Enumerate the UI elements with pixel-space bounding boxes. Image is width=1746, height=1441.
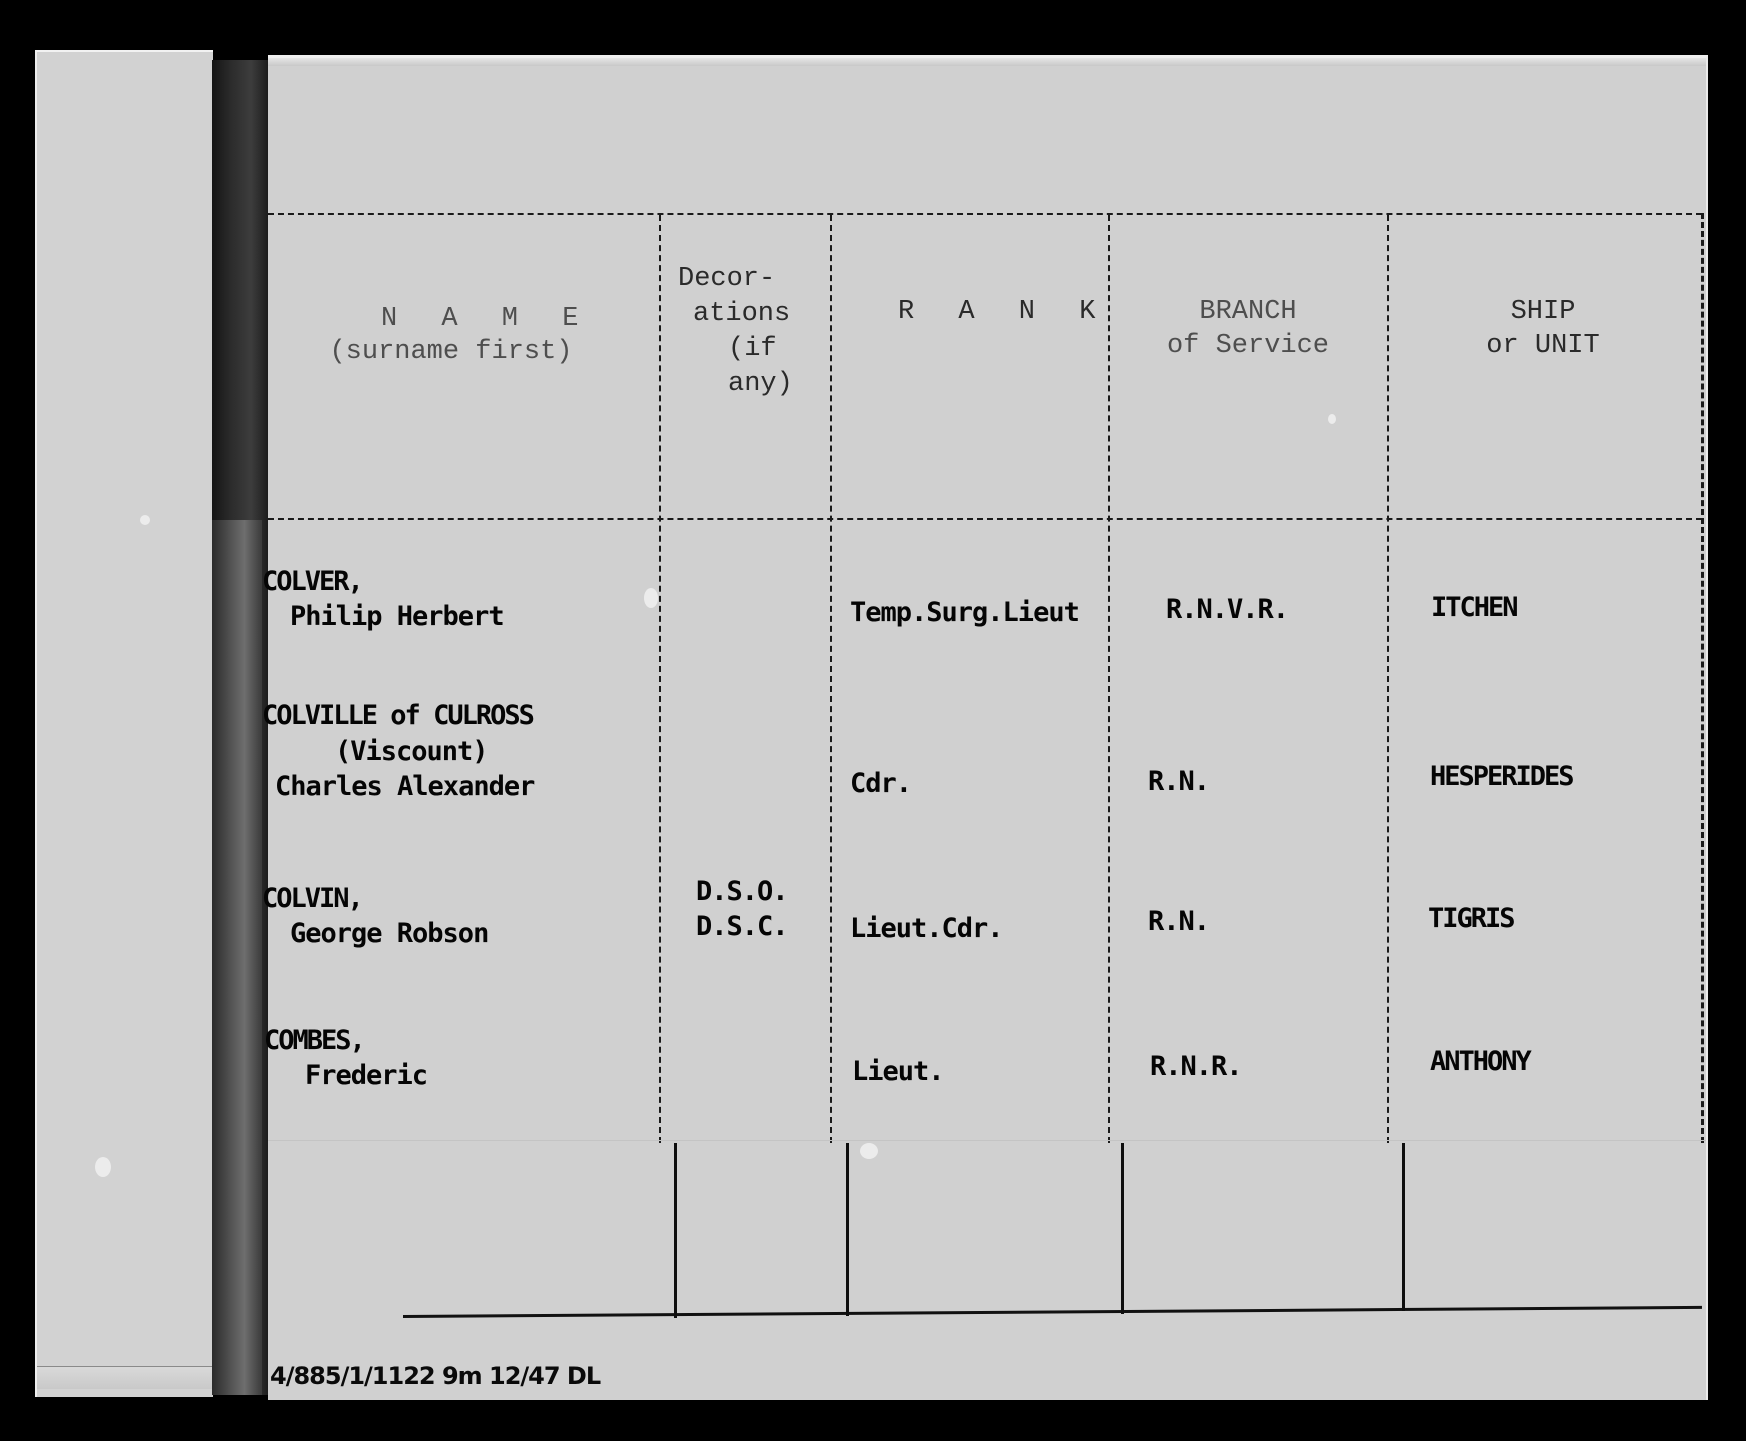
column-divider-2-lower — [846, 1143, 849, 1316]
column-divider-1 — [659, 215, 661, 1143]
row-2-branch: R.N. — [1148, 766, 1209, 798]
header-top-rule — [268, 213, 1702, 215]
row-1-surname: COLVER, — [262, 566, 362, 598]
card-top-edge — [268, 58, 1706, 66]
row-3-decoration-1: D.S.O. — [696, 876, 788, 908]
column-divider-3-lower — [1121, 1143, 1124, 1314]
binder-spine-lower — [212, 520, 262, 1395]
row-1-ship: ITCHEN — [1431, 592, 1517, 624]
table-bottom-rule — [403, 1306, 1702, 1318]
dust-speck — [95, 1157, 111, 1177]
header-branch-line2: of Service — [1128, 330, 1368, 362]
header-bottom-rule — [268, 518, 1702, 520]
header-ship-line2: or UNIT — [1418, 330, 1668, 362]
print-code: 4/885/1/1122 9m 12/47 DL — [270, 1362, 600, 1390]
column-divider-4-lower — [1402, 1143, 1405, 1311]
header-decorations-line1: Decor- — [678, 263, 798, 295]
row-3-surname: COLVIN, — [262, 883, 362, 915]
row-4-branch: R.N.R. — [1150, 1051, 1242, 1083]
index-card: N A M E (surname first) Decor- ations (i… — [268, 55, 1708, 1400]
row-3-forenames: George Robson — [290, 918, 488, 950]
row-1-forenames: Philip Herbert — [290, 601, 504, 633]
column-divider-1-lower — [674, 1143, 677, 1318]
row-4-surname: COMBES, — [264, 1025, 364, 1057]
row-4-rank: Lieut. — [852, 1056, 944, 1088]
header-ship-line1: SHIP — [1418, 296, 1668, 328]
header-decorations-line2: ations — [693, 298, 813, 330]
header-decorations-line4: any) — [728, 368, 808, 400]
header-rank: R A N K — [898, 296, 1068, 328]
header-branch-line1: BRANCH — [1138, 296, 1358, 328]
row-3-branch: R.N. — [1148, 906, 1209, 938]
column-divider-2 — [830, 215, 832, 1143]
column-divider-3 — [1108, 215, 1110, 1143]
row-2-rank: Cdr. — [850, 768, 911, 800]
row-3-decoration-2: D.S.C. — [696, 911, 788, 943]
row-2-title: (Viscount) — [335, 736, 488, 768]
column-divider-4 — [1387, 215, 1389, 1143]
left-paper-strip — [35, 50, 213, 1397]
dust-speck — [1328, 414, 1336, 424]
row-1-rank: Temp.Surg.Lieut — [850, 597, 1079, 629]
header-name-title: N A M E — [381, 303, 581, 335]
dust-speck — [140, 515, 150, 525]
header-decorations-line3: (if — [728, 333, 808, 365]
row-3-rank: Lieut.Cdr. — [850, 913, 1003, 945]
row-3-ship: TIGRIS — [1428, 903, 1514, 935]
dust-speck — [860, 1143, 878, 1159]
header-name-subtitle: (surname first) — [306, 336, 596, 368]
row-1-branch: R.N.V.R. — [1166, 594, 1288, 626]
row-2-ship: HESPERIDES — [1430, 761, 1573, 793]
row-2-surname: COLVILLE of CULROSS — [262, 700, 533, 732]
row-4-forenames: Frederic — [305, 1060, 427, 1092]
right-border — [1701, 213, 1704, 1143]
row-2-forenames: Charles Alexander — [275, 771, 534, 803]
dust-speck — [644, 588, 658, 608]
scan-seam — [268, 1140, 1706, 1141]
row-4-ship: ANTHONY — [1430, 1046, 1530, 1078]
left-strip-tab — [37, 1366, 213, 1389]
